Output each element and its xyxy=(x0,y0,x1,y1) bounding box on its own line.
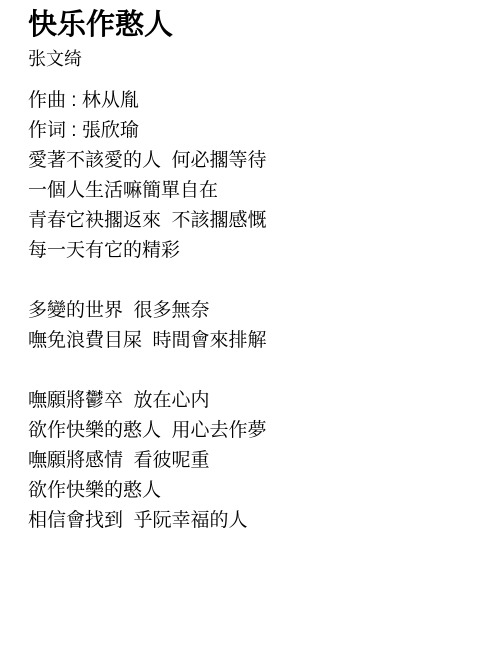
lyric-line: 作曲 : 林从胤 xyxy=(28,86,480,116)
lyric-line: 嘸願將鬱卒 放在心内 xyxy=(28,386,480,416)
lyrics-lines: 作曲 : 林从胤作词 : 張欣瑜愛著不該愛的人 何必擱等待一個人生活嘛簡單自在青… xyxy=(28,86,480,536)
lyric-line: 嘸願將感情 看彼呢重 xyxy=(28,446,480,476)
lyric-line: 欲作快樂的憨人 用心去作夢 xyxy=(28,416,480,446)
lyric-line: 嘸免浪費目屎 時間會來排解 xyxy=(28,326,480,356)
lyric-line: 相信會找到 乎阮幸福的人 xyxy=(28,506,480,536)
lyric-line: 一個人生活嘛簡單自在 xyxy=(28,176,480,206)
lyric-line: 愛著不該愛的人 何必擱等待 xyxy=(28,146,480,176)
lyric-line xyxy=(28,356,480,386)
lyrics-page: 快乐作憨人 张文绮 作曲 : 林从胤作词 : 張欣瑜愛著不該愛的人 何必擱等待一… xyxy=(0,0,500,536)
song-title: 快乐作憨人 xyxy=(28,4,480,43)
lyric-line: 作词 : 張欣瑜 xyxy=(28,116,480,146)
lyric-line: 青春它袂擱返來 不該擱感慨 xyxy=(28,206,480,236)
lyric-line: 每一天有它的精彩 xyxy=(28,236,480,266)
lyric-line xyxy=(28,266,480,296)
artist-name: 张文绮 xyxy=(28,47,480,71)
lyric-line: 多變的世界 很多無奈 xyxy=(28,296,480,326)
lyric-line: 欲作快樂的憨人 xyxy=(28,476,480,506)
